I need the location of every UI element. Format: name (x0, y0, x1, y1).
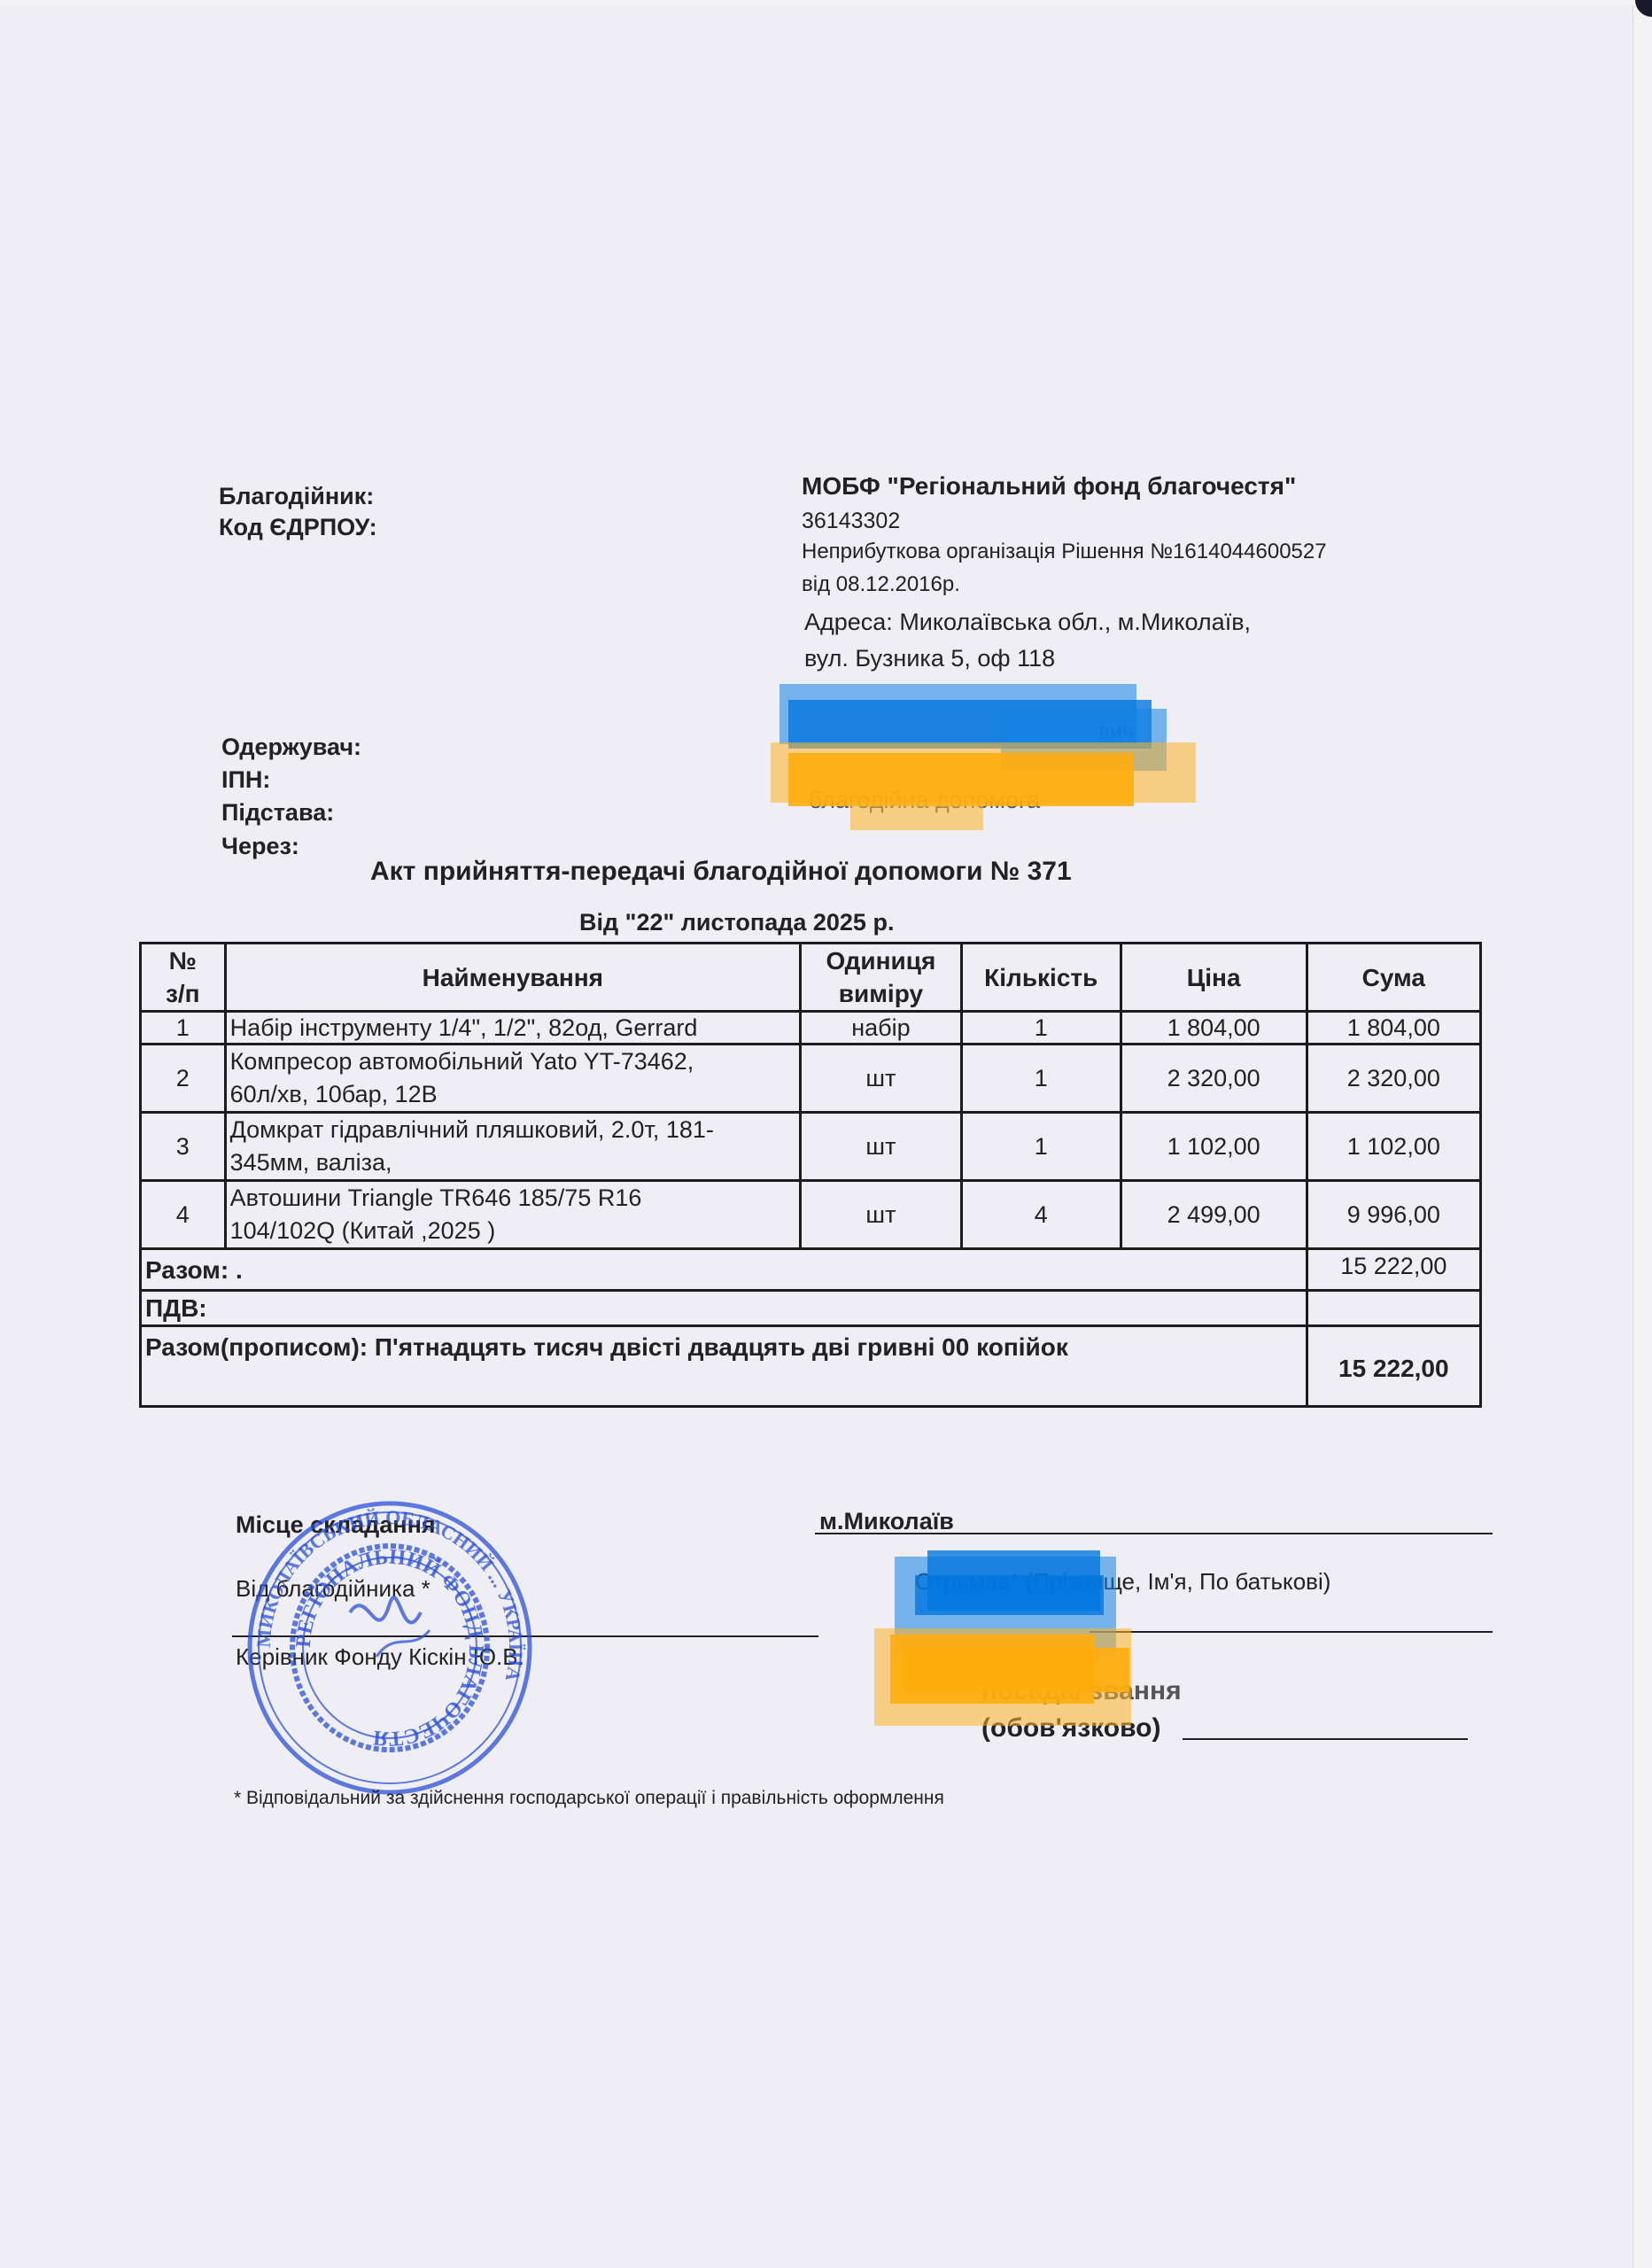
total-in-words-value: 15 222,00 (1307, 1326, 1480, 1407)
recipient-label: Одержувач: (221, 734, 361, 761)
row-name: Набір інструменту 1/4", 1/2", 82од, Gerr… (225, 1012, 800, 1045)
basis-label: Підстава: (221, 799, 334, 827)
table-header-row: №з/п Найменування Одиницявиміру Кількіст… (141, 944, 1481, 1012)
header-sum: Сума (1307, 944, 1480, 1012)
mandatory-line (1183, 1738, 1468, 1740)
row-price: 2 320,00 (1121, 1045, 1307, 1113)
act-title: Акт прийняття-передачі благодійної допом… (370, 857, 1072, 887)
row-num: 4 (141, 1181, 226, 1249)
redaction-blue (915, 1575, 1104, 1615)
row-qty: 1 (961, 1113, 1121, 1181)
redaction-yellow (850, 802, 983, 830)
recipient-signature-line (1090, 1631, 1493, 1633)
row-unit: набір (801, 1012, 962, 1045)
row-num: 1 (141, 1012, 226, 1045)
vat-label: ПДВ: (141, 1291, 1307, 1326)
items-table: №з/п Найменування Одиницявиміру Кількіст… (139, 942, 1482, 1408)
row-unit: шт (801, 1045, 962, 1113)
total-value: 15 222,00 (1307, 1249, 1480, 1291)
row-unit: шт (801, 1181, 962, 1249)
row-qty: 4 (961, 1181, 1121, 1249)
place-underline (815, 1533, 1493, 1534)
footnote: * Відповідальний за здійснення господарс… (234, 1788, 944, 1809)
table-row: 4 Автошини Triangle TR646 185/75 R16104/… (141, 1181, 1481, 1249)
donor-code: 36143302 (802, 509, 900, 534)
donor-name: МОБФ "Регіональний фонд благочестя" (802, 472, 1296, 501)
row-price: 1 804,00 (1121, 1012, 1307, 1045)
row-name: Компресор автомобільний Yato YT-73462,60… (225, 1045, 800, 1113)
via-label: Через: (221, 833, 299, 860)
row-sum: 2 320,00 (1307, 1045, 1480, 1113)
row-name: Домкрат гідравлічний пляшковий, 2.0т, 18… (225, 1113, 800, 1181)
row-price: 2 499,00 (1121, 1181, 1307, 1249)
donor-status-line1: Неприбуткова організація Рішення №161404… (802, 540, 1327, 564)
donor-status-line2: від 08.12.2016р. (802, 572, 960, 597)
header-qty: Кількість (961, 944, 1121, 1012)
total-row: Разом: . 15 222,00 (141, 1249, 1481, 1291)
edrpou-label: Код ЄДРПОУ: (219, 514, 377, 541)
donor-address-line1: Адреса: Миколаївська обл., м.Миколаїв, (804, 609, 1251, 636)
donor-label: Благодійник: (219, 483, 374, 510)
row-sum: 1 804,00 (1307, 1012, 1480, 1045)
redaction-yellow (788, 753, 1134, 806)
row-num: 2 (141, 1045, 226, 1113)
row-price: 1 102,00 (1121, 1113, 1307, 1181)
organization-stamp-icon: МИКОЛАЇВСЬКИЙ ОБЛАСНИЙ ... УКРАЇНА РЕГІО… (244, 1497, 540, 1798)
total-in-words: Разом(прописом): П'ятнадцять тисяч двіст… (141, 1326, 1307, 1407)
row-unit: шт (801, 1113, 962, 1181)
row-num: 3 (141, 1113, 226, 1181)
scan-corner-shadow (1633, 0, 1652, 19)
vat-row: ПДВ: (141, 1291, 1481, 1326)
redaction-yellow (904, 1648, 1129, 1692)
row-qty: 1 (961, 1045, 1121, 1113)
act-date: Від "22" листопада 2025 р. (579, 909, 894, 936)
total-in-words-row: Разом(прописом): П'ятнадцять тисяч двіст… (141, 1326, 1481, 1407)
header-num: №з/п (141, 944, 226, 1012)
vat-value (1307, 1291, 1480, 1326)
row-name: Автошини Triangle TR646 185/75 R16104/10… (225, 1181, 800, 1249)
header-name: Найменування (225, 944, 800, 1012)
table-row: 2 Компресор автомобільний Yato YT-73462,… (141, 1045, 1481, 1113)
ipn-label: ІПН: (221, 766, 270, 794)
row-sum: 9 996,00 (1307, 1181, 1480, 1249)
table-row: 1 Набір інструменту 1/4", 1/2", 82од, Ge… (141, 1012, 1481, 1045)
donor-address-line2: вул. Бузника 5, оф 118 (804, 645, 1055, 672)
total-label: Разом: . (141, 1249, 1307, 1291)
row-qty: 1 (961, 1012, 1121, 1045)
header-price: Ціна (1121, 944, 1307, 1012)
place-value: м.Миколаїв (819, 1508, 954, 1535)
header-unit: Одиницявиміру (801, 944, 962, 1012)
table-row: 3 Домкрат гідравлічний пляшковий, 2.0т, … (141, 1113, 1481, 1181)
row-sum: 1 102,00 (1307, 1113, 1480, 1181)
